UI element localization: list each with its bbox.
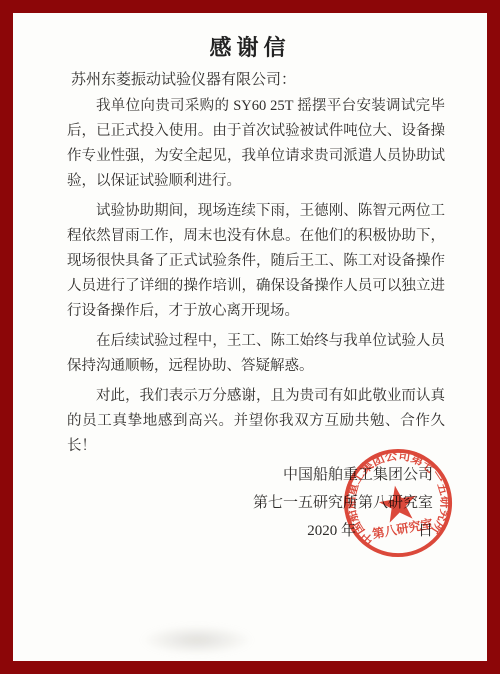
letter-title: 感谢信 bbox=[13, 13, 487, 62]
signature-date: 2020 年日 bbox=[253, 517, 433, 545]
red-border-frame: 感谢信 苏州东菱振动试验仪器有限公司： 我单位向贵司采购的 SY60 25T 摇… bbox=[0, 0, 500, 674]
paragraph: 在后续试验过程中，王工、陈工始终与我单位试验人员保持沟通顺畅，远程协助、答疑解惑… bbox=[67, 329, 445, 379]
signature-date-year: 2020 年 bbox=[307, 523, 356, 539]
signature-block: 中国船舶重工集团公司 第七一五研究所第八研究室 2020 年日 bbox=[253, 461, 433, 545]
signature-date-day: 日 bbox=[418, 523, 433, 539]
scan-smudge bbox=[141, 625, 253, 655]
letter-body: 苏州东菱振动试验仪器有限公司： 我单位向贵司采购的 SY60 25T 摇摆平台安… bbox=[67, 68, 445, 464]
signature-org: 中国船舶重工集团公司 bbox=[253, 461, 433, 489]
signature-dept: 第七一五研究所第八研究室 bbox=[253, 489, 433, 517]
salutation-line: 苏州东菱振动试验仪器有限公司： bbox=[71, 68, 445, 93]
letter-paper: 感谢信 苏州东菱振动试验仪器有限公司： 我单位向贵司采购的 SY60 25T 摇… bbox=[13, 13, 487, 661]
paragraph: 我单位向贵司采购的 SY60 25T 摇摆平台安装调试完毕后，已正式投入使用。由… bbox=[67, 94, 445, 194]
paragraph: 对此，我们表示万分感谢，且为贵司有如此敬业而认真的员工真挚地感到高兴。并望你我双… bbox=[67, 384, 445, 459]
paragraph: 试验协助期间，现场连续下雨，王德刚、陈智元两位工程依然冒雨工作，周末也没有休息。… bbox=[67, 199, 445, 324]
